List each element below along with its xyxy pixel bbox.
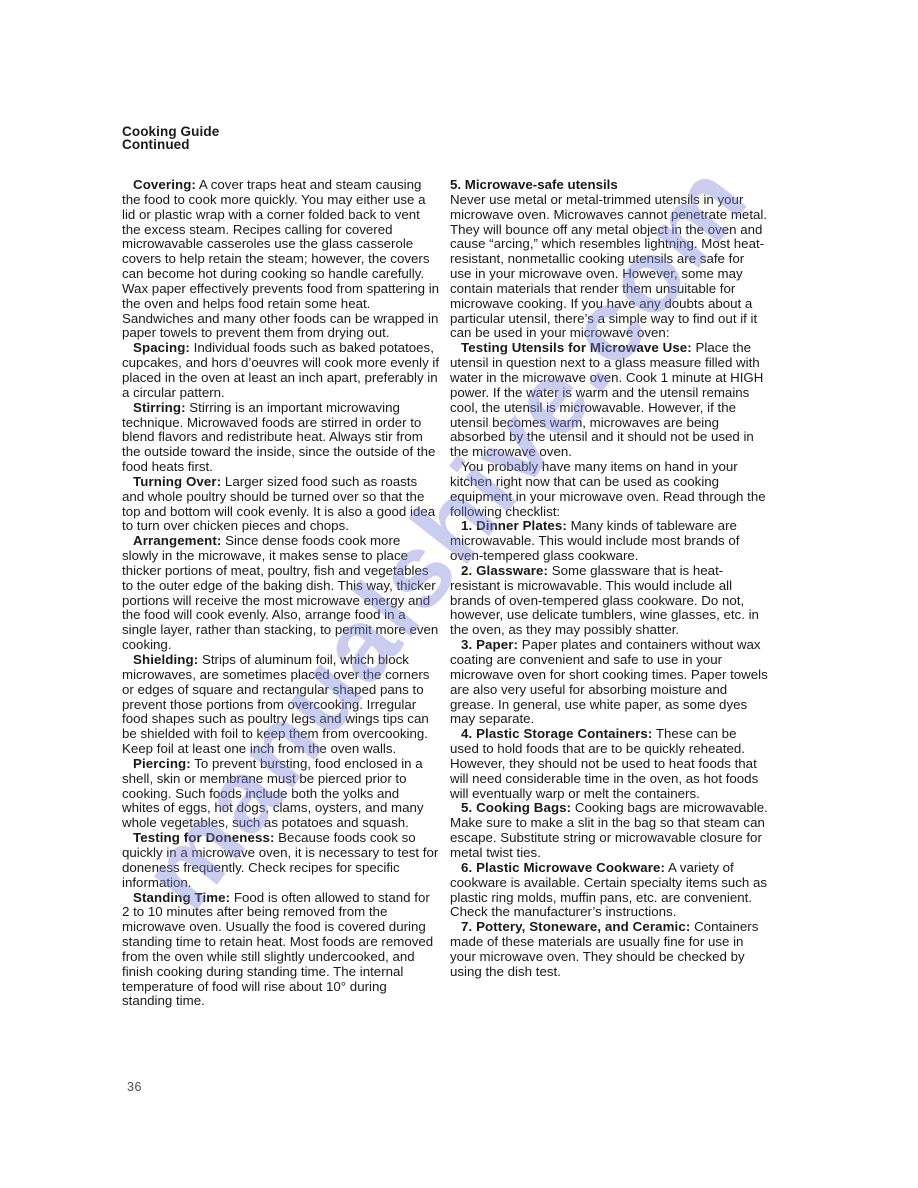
paragraph-text: Food is often allowed to stand for 2 to … xyxy=(122,890,433,1009)
paragraph-text: Place the utensil in question next to a … xyxy=(450,340,763,459)
page-title: Cooking Guide Continued xyxy=(122,126,219,151)
paragraph-label: 7. Pottery, Stoneware, and Ceramic: xyxy=(461,919,690,934)
paragraph-covering: Covering: A cover traps heat and steam c… xyxy=(122,178,440,341)
paragraph-shielding: Shielding: Strips of aluminum foil, whic… xyxy=(122,653,440,757)
paragraph-label: Piercing: xyxy=(133,756,191,771)
paragraph-label: 3. Paper: xyxy=(461,637,518,652)
paragraph-plastic-storage-containers: 4. Plastic Storage Containers: These can… xyxy=(450,727,768,801)
paragraph-label: 4. Plastic Storage Containers: xyxy=(461,726,652,741)
paragraph-arrangement: Arrangement: Since dense foods cook more… xyxy=(122,534,440,653)
manual-page: Cooking Guide Continued Covering: A cove… xyxy=(0,0,918,1188)
paragraph-piercing: Piercing: To prevent bursting, food encl… xyxy=(122,757,440,831)
paragraph-pottery-stoneware-ceramic: 7. Pottery, Stoneware, and Ceramic: Cont… xyxy=(450,920,768,979)
paragraph-testing-utensils: Testing Utensils for Microwave Use: Plac… xyxy=(450,341,768,460)
paragraph-label: 6. Plastic Microwave Cookware: xyxy=(461,860,665,875)
paragraph-text: Strips of aluminum foil, which block mic… xyxy=(122,652,429,756)
paragraph-paper: 3. Paper: Paper plates and containers wi… xyxy=(450,638,768,727)
paragraph-never-use-metal: Never use metal or metal-trimmed utensil… xyxy=(450,193,768,341)
paragraph-plastic-microwave-cookware: 6. Plastic Microwave Cookware: A variety… xyxy=(450,861,768,920)
paragraph-label: Testing Utensils for Microwave Use: xyxy=(461,340,692,355)
paragraph-checklist-intro: You probably have many items on hand in … xyxy=(450,460,768,519)
paragraph-stirring: Stirring: Stirring is an important micro… xyxy=(122,401,440,475)
page-number: 36 xyxy=(127,1080,142,1094)
paragraph-cooking-bags: 5. Cooking Bags: Cooking bags are microw… xyxy=(450,801,768,860)
paragraph-text: Never use metal or metal-trimmed utensil… xyxy=(450,192,767,341)
paragraph-text: A cover traps heat and steam causing the… xyxy=(122,177,439,340)
paragraph-label: Stirring: xyxy=(133,400,186,415)
page-title-line2: Continued xyxy=(122,139,219,152)
paragraph-label: Shielding: xyxy=(133,652,198,667)
paragraph-label: Turning Over: xyxy=(133,474,221,489)
section-heading-microwave-safe-utensils: 5. Microwave-safe utensils xyxy=(450,178,768,193)
paragraph-label: 5. Cooking Bags: xyxy=(461,800,571,815)
left-column: Covering: A cover traps heat and steam c… xyxy=(122,178,440,1009)
paragraph-dinner-plates: 1. Dinner Plates: Many kinds of tablewar… xyxy=(450,519,768,564)
paragraph-label: Arrangement: xyxy=(133,533,221,548)
paragraph-text: You probably have many items on hand in … xyxy=(450,459,766,519)
right-column: 5. Microwave-safe utensils Never use met… xyxy=(450,178,768,980)
paragraph-label: Standing Time: xyxy=(133,890,230,905)
paragraph-label: 1. Dinner Plates: xyxy=(461,518,567,533)
paragraph-label: Spacing: xyxy=(133,340,190,355)
paragraph-spacing: Spacing: Individual foods such as baked … xyxy=(122,341,440,400)
paragraph-turning-over: Turning Over: Larger sized food such as … xyxy=(122,475,440,534)
paragraph-text: Since dense foods cook more slowly in th… xyxy=(122,533,438,652)
paragraph-testing-for-doneness: Testing for Doneness: Because foods cook… xyxy=(122,831,440,890)
paragraph-glassware: 2. Glassware: Some glassware that is hea… xyxy=(450,564,768,638)
paragraph-label: Covering: xyxy=(133,177,196,192)
paragraph-standing-time: Standing Time: Food is often allowed to … xyxy=(122,891,440,1010)
paragraph-label: Testing for Doneness: xyxy=(133,830,274,845)
paragraph-label: 2. Glassware: xyxy=(461,563,548,578)
